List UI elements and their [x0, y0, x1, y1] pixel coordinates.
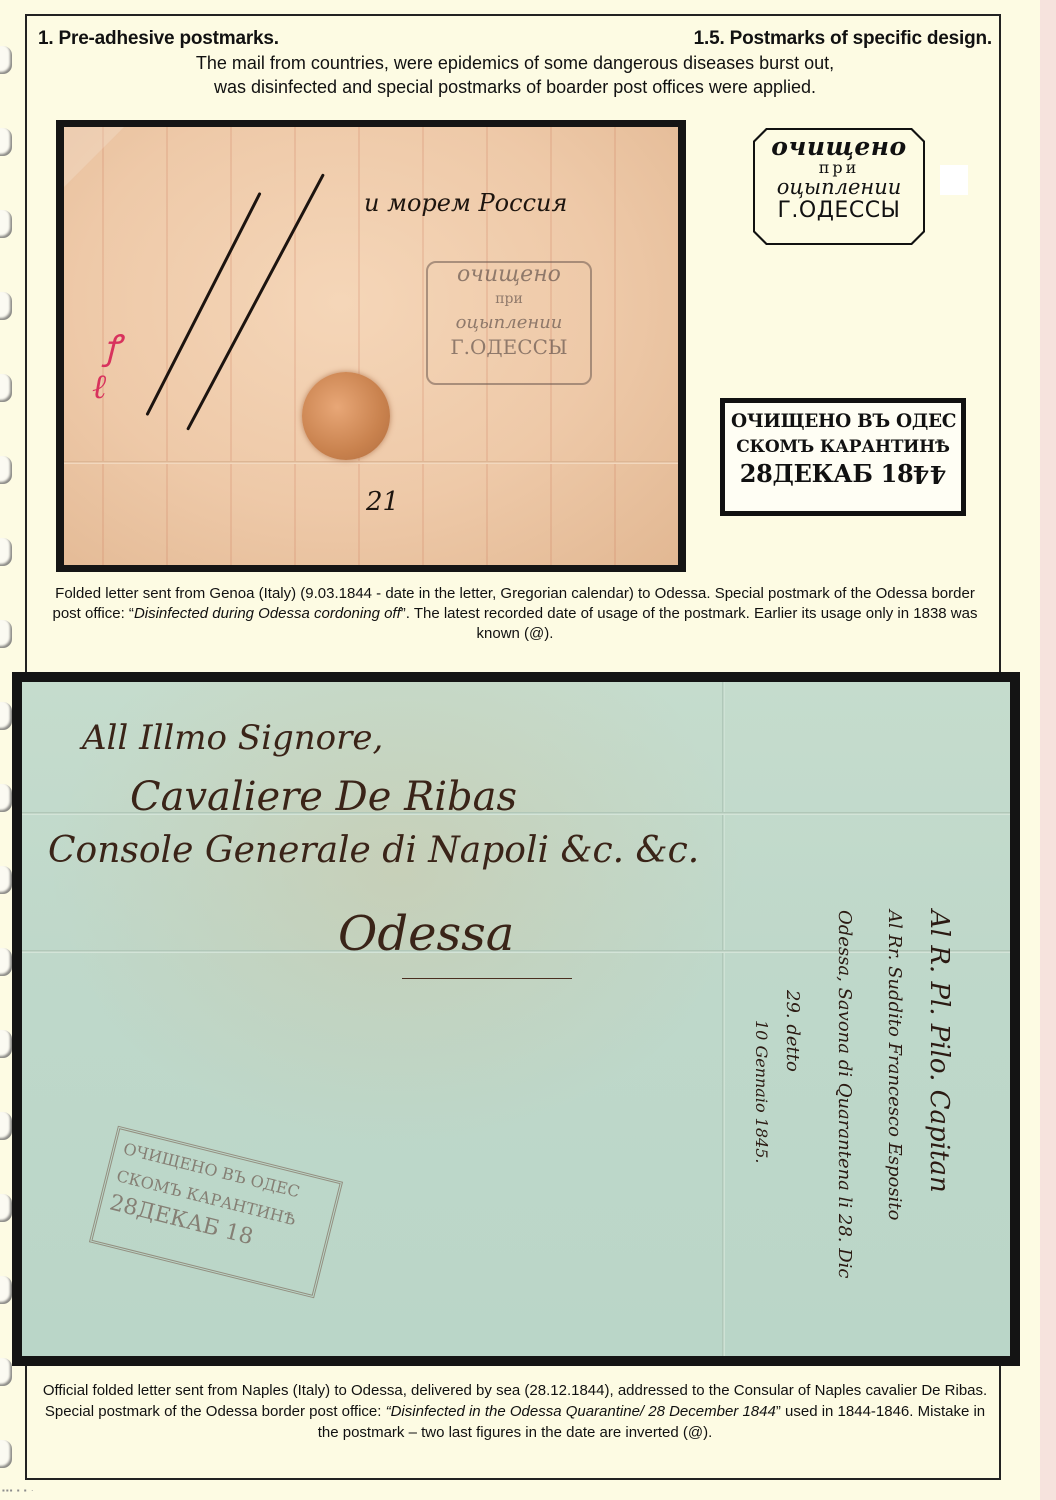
white-patch: [940, 165, 968, 195]
binder-hole-icon: [0, 292, 12, 320]
page-edge-strip: [1040, 0, 1056, 1500]
binder-hole-icon: [0, 128, 12, 156]
caption-letter-naples: Official folded letter sent from Naples …: [40, 1380, 990, 1443]
handwriting-route: и морем Россия: [364, 189, 567, 217]
section-title: 1. Pre-adhesive postmarks.: [38, 28, 279, 50]
address-line-1: All Illmo Signore,: [82, 718, 383, 758]
inverted-digit: 4: [913, 459, 929, 489]
letter-genoa-image: и морем Россия ꝭ ℓ очищено при оцыплении…: [56, 120, 686, 572]
binder-hole-icon: [0, 866, 12, 894]
binder-hole-icon: [0, 1030, 12, 1058]
subsection-title: 1.5. Postmarks of specific design.: [694, 28, 992, 50]
binder-hole-icon: [0, 784, 12, 812]
binder-hole-icon: [0, 1440, 12, 1468]
letter-naples-image: All Illmo Signore, Cavaliere De Ribas Co…: [12, 672, 1020, 1366]
postmark-illustration-quarantine: ОЧИЩЕНО ВЪ ОДЕС СКОМЪ КАРАНТИНѢ 28ДЕКАБ …: [720, 398, 966, 516]
scan-mark: ▪▪▪ ▪ ▪ ·: [2, 1486, 35, 1495]
inverted-digit: 4: [930, 459, 946, 489]
red-ink-mark: ꝭ: [104, 323, 120, 369]
pen-stroke-icon: [186, 173, 325, 430]
binder-hole-icon: [0, 1358, 12, 1386]
paper-fold-line: [722, 682, 725, 1356]
quarantine-side-note: Al R. Pl. Pilo. Capitan Al Rr. Suddito F…: [734, 910, 1004, 1350]
binder-hole-icon: [0, 374, 12, 402]
letter-genoa-paper: и морем Россия ꝭ ℓ очищено при оцыплении…: [64, 127, 678, 565]
address-line-3: Console Generale di Napoli &c. &c.: [48, 830, 699, 871]
binder-hole-icon: [0, 46, 12, 74]
binder-hole-icon: [0, 702, 12, 730]
address-line-4: Odessa: [338, 906, 514, 962]
pen-stroke-icon: [145, 192, 261, 416]
intro-text: The mail from countries, were epidemics …: [40, 51, 990, 99]
caption-letter-genoa: Folded letter sent from Genoa (Italy) (9…: [40, 584, 990, 644]
intro-line-1: The mail from countries, were epidemics …: [40, 51, 990, 75]
red-ink-mark: ℓ: [92, 367, 106, 407]
address-underline: [402, 978, 572, 979]
paper-fold-corner: [64, 127, 124, 187]
postmark-illustration-cordoning: очищено при оцыплении Г.ОДЕССЫ: [755, 130, 923, 243]
handwriting-number: 21: [366, 487, 399, 517]
binder-hole-icon: [0, 1276, 12, 1304]
binder-hole-icon: [0, 1194, 12, 1222]
binder-hole-icon: [0, 456, 12, 484]
binder-hole-icon: [0, 538, 12, 566]
binder-hole-icon: [0, 210, 12, 238]
address-line-2: Cavaliere De Ribas: [130, 774, 517, 820]
letter-naples-paper: All Illmo Signore, Cavaliere De Ribas Co…: [22, 682, 1010, 1356]
intro-line-2: was disinfected and special postmarks of…: [40, 75, 990, 99]
wax-seal: [302, 372, 390, 460]
paper-fold-line: [64, 461, 678, 464]
binder-hole-icon: [0, 620, 12, 648]
faint-postmark-quarantine: ОЧИЩЕНО ВЪ ОДЕС СКОМЪ КАРАНТИНѢ 28ДЕКАБ …: [89, 1126, 343, 1299]
faint-postmark-odessa: очищено при оцыплении Г.ОДЕССЫ: [426, 261, 592, 385]
binder-hole-icon: [0, 1112, 12, 1140]
binder-hole-icon: [0, 948, 12, 976]
